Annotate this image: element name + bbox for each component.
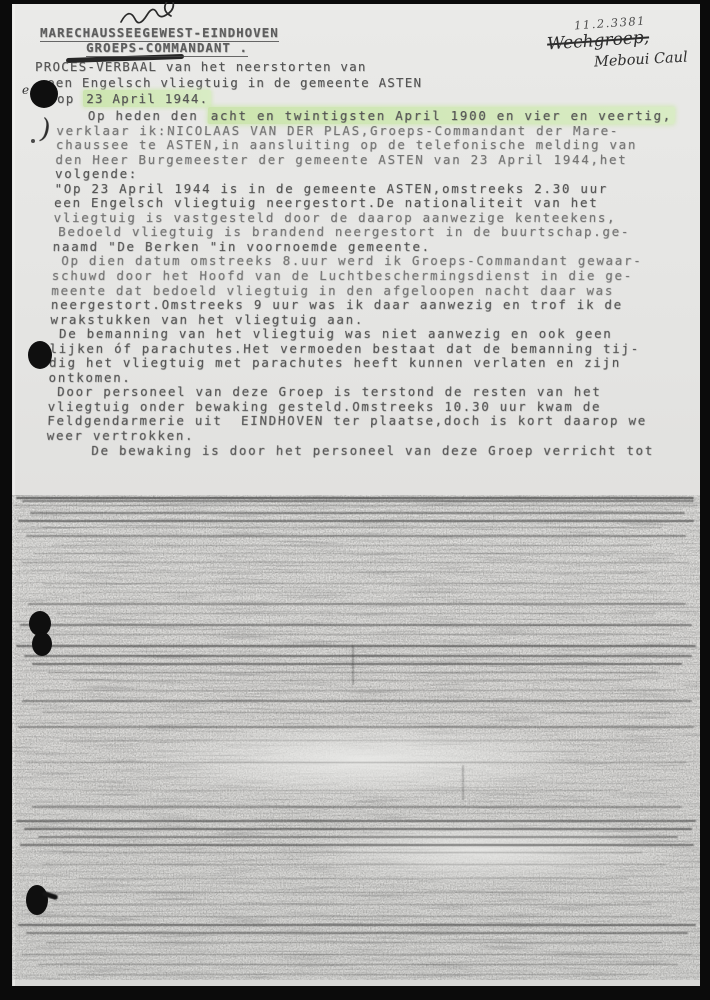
smudge-streak	[40, 634, 670, 635]
smudge-streak	[52, 545, 652, 546]
highlighted-date: 23 April 1944.	[83, 90, 211, 107]
smudge-streak	[16, 820, 696, 822]
smudge-streak	[32, 663, 682, 665]
document-title-line3: op 23 April 1944.	[57, 91, 211, 106]
title-date-prefix: op	[57, 91, 83, 106]
smudge-streak	[24, 828, 692, 830]
smudge-streak	[14, 505, 698, 506]
document-title-line1: PROCES-VERBAAL van het neerstorten van	[35, 59, 367, 74]
typed-line: Op dien datum omstreeks 8.uur werd ik Gr…	[52, 254, 697, 269]
smudge-streak	[30, 512, 685, 514]
smudge-streak	[36, 916, 672, 917]
body-lines: Op heden den acht en twintigsten April 1…	[46, 109, 702, 458]
smudge-streak	[16, 497, 694, 499]
typed-line: vliegtuig is vastgesteld door de daarop …	[53, 211, 698, 226]
punch-hole	[30, 80, 58, 108]
punch-hole	[28, 341, 52, 369]
typed-line: lijken óf parachutes.Het vermoeden besta…	[49, 342, 694, 357]
typed-line: De bewaking is door het personeel van de…	[46, 444, 691, 459]
smudge-streak	[42, 583, 672, 584]
typed-line: Op heden den acht en twintigsten April 1…	[57, 109, 702, 124]
smudge-streak	[82, 592, 622, 593]
smudge-streak	[42, 864, 666, 865]
typed-line: Feldgendarmerie uit EINDHOVEN ter plaats…	[47, 414, 692, 429]
typed-line: De bemanning van het vliegtuig was niet …	[50, 327, 695, 342]
smudge-streak	[36, 690, 676, 691]
typed-line: wrakstukken van het vliegtuig aan.	[50, 313, 695, 328]
typed-line: schuwd door het Hoofd van de Luchtbesche…	[52, 269, 697, 284]
scan-noise-texture	[12, 495, 700, 980]
typed-line: Bedoeld vliegtuig is brandend neergestor…	[53, 225, 698, 240]
ink-blot	[26, 885, 48, 915]
smudge-streak	[56, 613, 656, 614]
letterhead-role-text: GROEPS-COMMANDANT .	[86, 40, 248, 57]
typed-line: ontkomen.	[48, 371, 693, 386]
letterhead-role: GROEPS-COMMANDANT .	[86, 40, 248, 55]
typed-line: vliegtuig onder bewaking gesteld.Omstree…	[47, 400, 692, 415]
smudge-streak	[24, 655, 692, 657]
degraded-text-region	[12, 495, 700, 980]
smudge-streak	[67, 572, 647, 573]
smudge-streak	[62, 852, 642, 853]
typed-line: Door personeel van deze Groep is terston…	[48, 385, 693, 400]
smudge-streak	[58, 974, 648, 975]
smudge-streak	[28, 603, 686, 605]
smudge-streak	[46, 942, 662, 943]
smudge-vertical-mark	[462, 765, 464, 800]
typed-line: meente dat bedoeld vliegtuig in den afge…	[51, 284, 696, 299]
typed-line: volgende:	[55, 167, 700, 182]
typed-line: een Engelsch vliegtuig neergestort.De na…	[54, 196, 699, 211]
highlighted-phrase: acht en twintigsten April 1900 en vier e…	[207, 107, 675, 124]
smudge-streak	[26, 535, 686, 537]
smudge-streak	[18, 520, 694, 522]
smudge-streak	[22, 700, 692, 702]
smudge-streak	[52, 904, 652, 905]
typed-line: weer vertrokken.	[46, 429, 691, 444]
smudge-streak	[22, 500, 694, 502]
smudge-streak	[42, 527, 662, 528]
smudge-streak	[16, 645, 696, 647]
typed-line: den Heer Burgemeester der gemeente ASTEN…	[55, 153, 700, 168]
smudge-streak	[38, 836, 678, 838]
typed-line: naamd "De Berken "in voornoemde gemeente…	[52, 240, 697, 255]
scanned-document-page: 11.2.3381 Wechgroep, Meboui Caul ) e MAR…	[0, 0, 710, 1000]
smudge-vertical-mark	[352, 645, 354, 685]
typed-line: "Op 23 April 1944 is in de gemeente ASTE…	[54, 182, 699, 197]
smudge-streak	[20, 624, 692, 626]
typed-line: verklaar ik:NICOLAAS VAN DER PLAS,Groeps…	[56, 124, 701, 139]
document-title-line2: een Engelsch vliegtuig in de gemeente AS…	[47, 75, 422, 90]
smudge-streak	[18, 924, 696, 926]
punch-hole	[32, 632, 52, 656]
letterhead-unit: MARECHAUSSEEGEWEST-EINDHOVEN	[40, 25, 279, 40]
smudge-streak	[34, 553, 674, 554]
ink-dot	[31, 139, 35, 143]
handwritten-stray-char: e	[22, 83, 29, 97]
smudge-streak	[82, 790, 622, 791]
smudge-streak	[20, 844, 694, 846]
smudge-streak	[26, 932, 688, 934]
smudge-streak	[18, 726, 694, 728]
typed-line: neergestort.Omstreeks 9 uur was ik daar …	[51, 298, 696, 313]
typed-line: dig het vliegtuig met parachutes heeft k…	[49, 356, 694, 371]
typed-line: chaussee te ASTEN,in aansluiting op de t…	[56, 138, 701, 153]
smudge-streak	[32, 806, 682, 808]
smudge-streak	[60, 740, 650, 741]
smudge-streak	[22, 562, 690, 563]
smudge-streak	[78, 878, 628, 879]
